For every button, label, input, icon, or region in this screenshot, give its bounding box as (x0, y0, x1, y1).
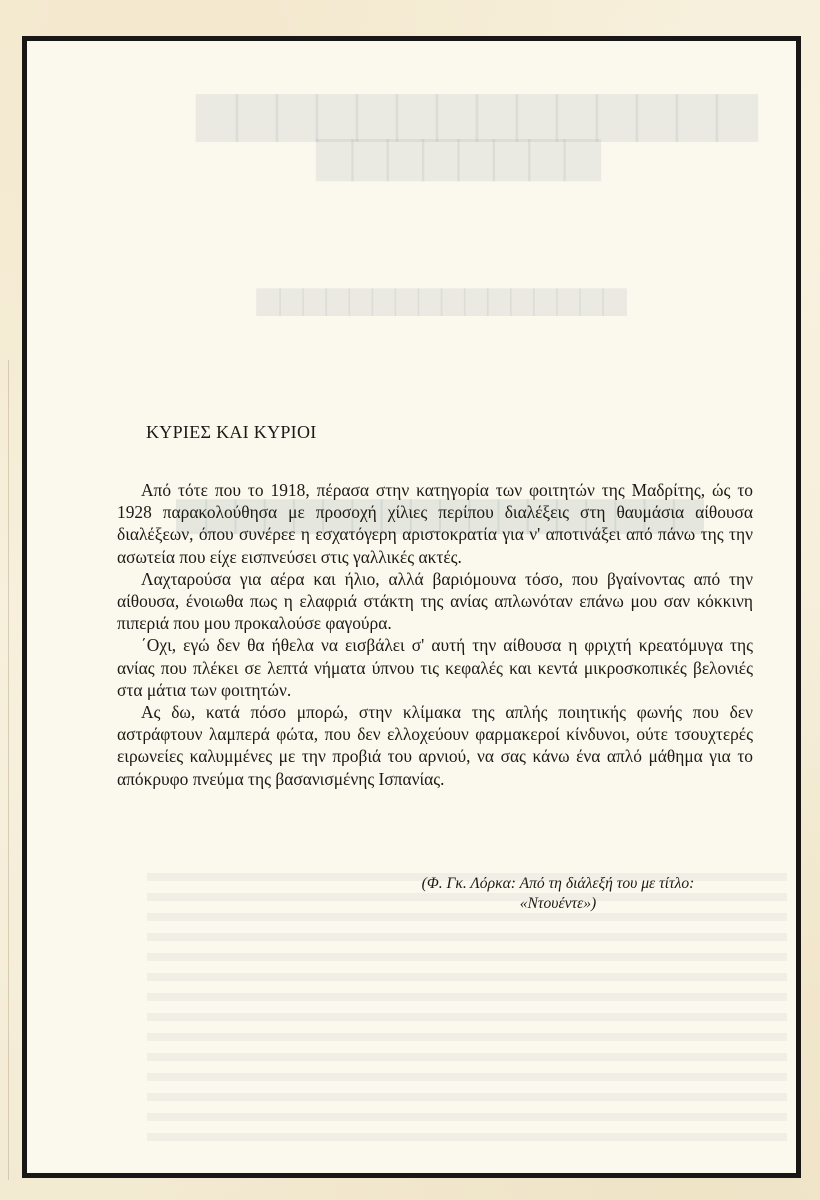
citation-line-2: «Ντουέντε») (358, 894, 758, 914)
paragraph: Ας δω, κατά πόσο μπορώ, στην κλίμακα της… (117, 701, 753, 790)
citation-line-1: (Φ. Γκ. Λόρκα: Από τη διάλεξή του με τίτ… (358, 874, 758, 894)
document-heading: ΚΥΡΙΕΣ ΚΑΙ ΚΥΡΙΟΙ (146, 422, 753, 443)
show-through-ghost: ▆▆▆▆▆▆▆▆▆▆▆▆▆▆ (197, 81, 757, 141)
document-body: ΚΥΡΙΕΣ ΚΑΙ ΚΥΡΙΟΙ Από τότε που το 1918, … (117, 422, 753, 790)
paragraph: Λαχταρούσα για αέρα και ήλιο, αλλά βαριό… (117, 568, 753, 635)
paragraph: ΄Οχι, εγώ δεν θα ήθελα να εισβάλει σ' αυ… (117, 634, 753, 701)
citation: (Φ. Γκ. Λόρκα: Από τη διάλεξή του με τίτ… (358, 874, 758, 914)
show-through-ghost: ▆▆▆▆▆▆▆▆▆▆▆▆▆▆▆▆ (257, 281, 626, 316)
show-through-ghost: ▆▆▆▆▆▆▆▆ (317, 126, 600, 180)
paper-fold-line (8, 360, 9, 1180)
paragraph: Από τότε που το 1918, πέρασα στην κατηγο… (117, 479, 753, 568)
